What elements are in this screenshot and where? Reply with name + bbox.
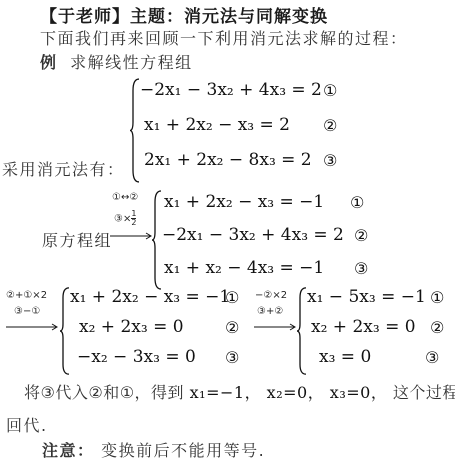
note-line: 注意： 变换前后不能用等号.	[42, 438, 265, 461]
equation-1: x₁ + 2x₂ − x₃ = −1	[70, 287, 230, 307]
solution-x1: x₁=−1，	[190, 383, 261, 402]
step3-system: x₁ − 5x₃ = −1 ① x₂ + 2x₃ = 0 ② x₃ = 0 ③	[297, 287, 452, 375]
equation-2: x₁ + 2x₂ − x₃ = 2	[144, 115, 290, 135]
equation-tag-1: ①	[350, 193, 364, 212]
step1-system: x₁ + 2x₂ − x₃ = −1 ① −2x₁ − 3x₂ + 4x₃ = …	[152, 190, 377, 290]
equation-2: −2x₁ − 3x₂ + 4x₃ = 2	[162, 225, 344, 245]
operation-row2: ②+①×2	[6, 290, 47, 301]
left-brace-icon	[130, 78, 140, 183]
original-system-label: 原方程组	[42, 228, 112, 251]
step2-system: x₁ + 2x₂ − x₃ = −1 ① x₂ + 2x₃ = 0 ② −x₂ …	[60, 287, 245, 375]
equation-2: x₂ + 2x₃ = 0	[311, 317, 416, 337]
conclusion-line2: 回代.	[6, 413, 48, 436]
operation-row3: ③−①	[14, 306, 40, 317]
operation-row3: ③+②	[257, 306, 283, 317]
left-brace-icon	[60, 287, 70, 375]
conclusion-prefix: 将③代入②和①，得到	[24, 383, 184, 402]
example-text: 求解线性方程组	[70, 53, 193, 72]
example-line: 例 求解线性方程组	[40, 50, 193, 73]
equation-3: x₃ = 0	[319, 347, 371, 367]
equation-1: −2x₁ − 3x₂ + 4x₃ = 2	[140, 80, 322, 100]
conclusion-suffix: 这个过程叫	[393, 383, 455, 402]
equation-tag-3: ③	[354, 259, 368, 278]
original-system: −2x₁ − 3x₂ + 4x₃ = 2 ① x₁ + 2x₂ − x₃ = 2…	[130, 78, 345, 183]
arrow-icon	[110, 232, 152, 240]
equation-tag-2: ②	[225, 318, 239, 337]
intro-text: 下面我们再来回顾一下利用消元法求解的过程：	[40, 26, 408, 49]
equation-1: x₁ − 5x₃ = −1	[307, 287, 426, 307]
equation-1: x₁ + 2x₂ − x₃ = −1	[164, 192, 324, 212]
equation-3: −x₂ − 3x₃ = 0	[77, 347, 196, 367]
example-label: 例	[40, 53, 58, 72]
left-brace-icon	[152, 190, 162, 290]
equation-tag-2: ②	[354, 226, 368, 245]
solution-x3: x₃=0，	[330, 383, 388, 402]
left-brace-icon	[297, 287, 307, 375]
equation-tag-3: ③	[225, 348, 239, 367]
equation-tag-2: ②	[430, 318, 444, 337]
method-text: 采用消元法有：	[2, 157, 125, 180]
equation-tag-1: ①	[225, 288, 239, 307]
equation-tag-1: ①	[430, 288, 444, 307]
note-label: 注意：	[42, 441, 95, 460]
arrow-icon	[6, 323, 58, 331]
conclusion-line: 将③代入②和①，得到 x₁=−1， x₂=0， x₃=0， 这个过程叫	[24, 380, 455, 403]
operation-row1: −②×2	[255, 290, 287, 301]
equation-tag-3: ③	[425, 348, 439, 367]
equation-3: 2x₁ + 2x₂ − 8x₃ = 2	[144, 150, 312, 170]
page-title: 【于老师】主题：消元法与同解变换	[40, 2, 328, 27]
equation-3: x₁ + x₂ − 4x₃ = −1	[164, 258, 324, 278]
solution-x2: x₂=0，	[267, 383, 325, 402]
operation-swap: ①↔②	[112, 192, 138, 203]
equation-tag-3: ③	[323, 151, 337, 170]
equation-tag-2: ②	[323, 116, 337, 135]
equation-2: x₂ + 2x₃ = 0	[79, 317, 184, 337]
arrow-icon	[254, 323, 296, 331]
operation-scale: ③×12	[114, 210, 136, 227]
equation-tag-1: ①	[323, 81, 337, 100]
note-text: 变换前后不能用等号.	[101, 441, 265, 460]
